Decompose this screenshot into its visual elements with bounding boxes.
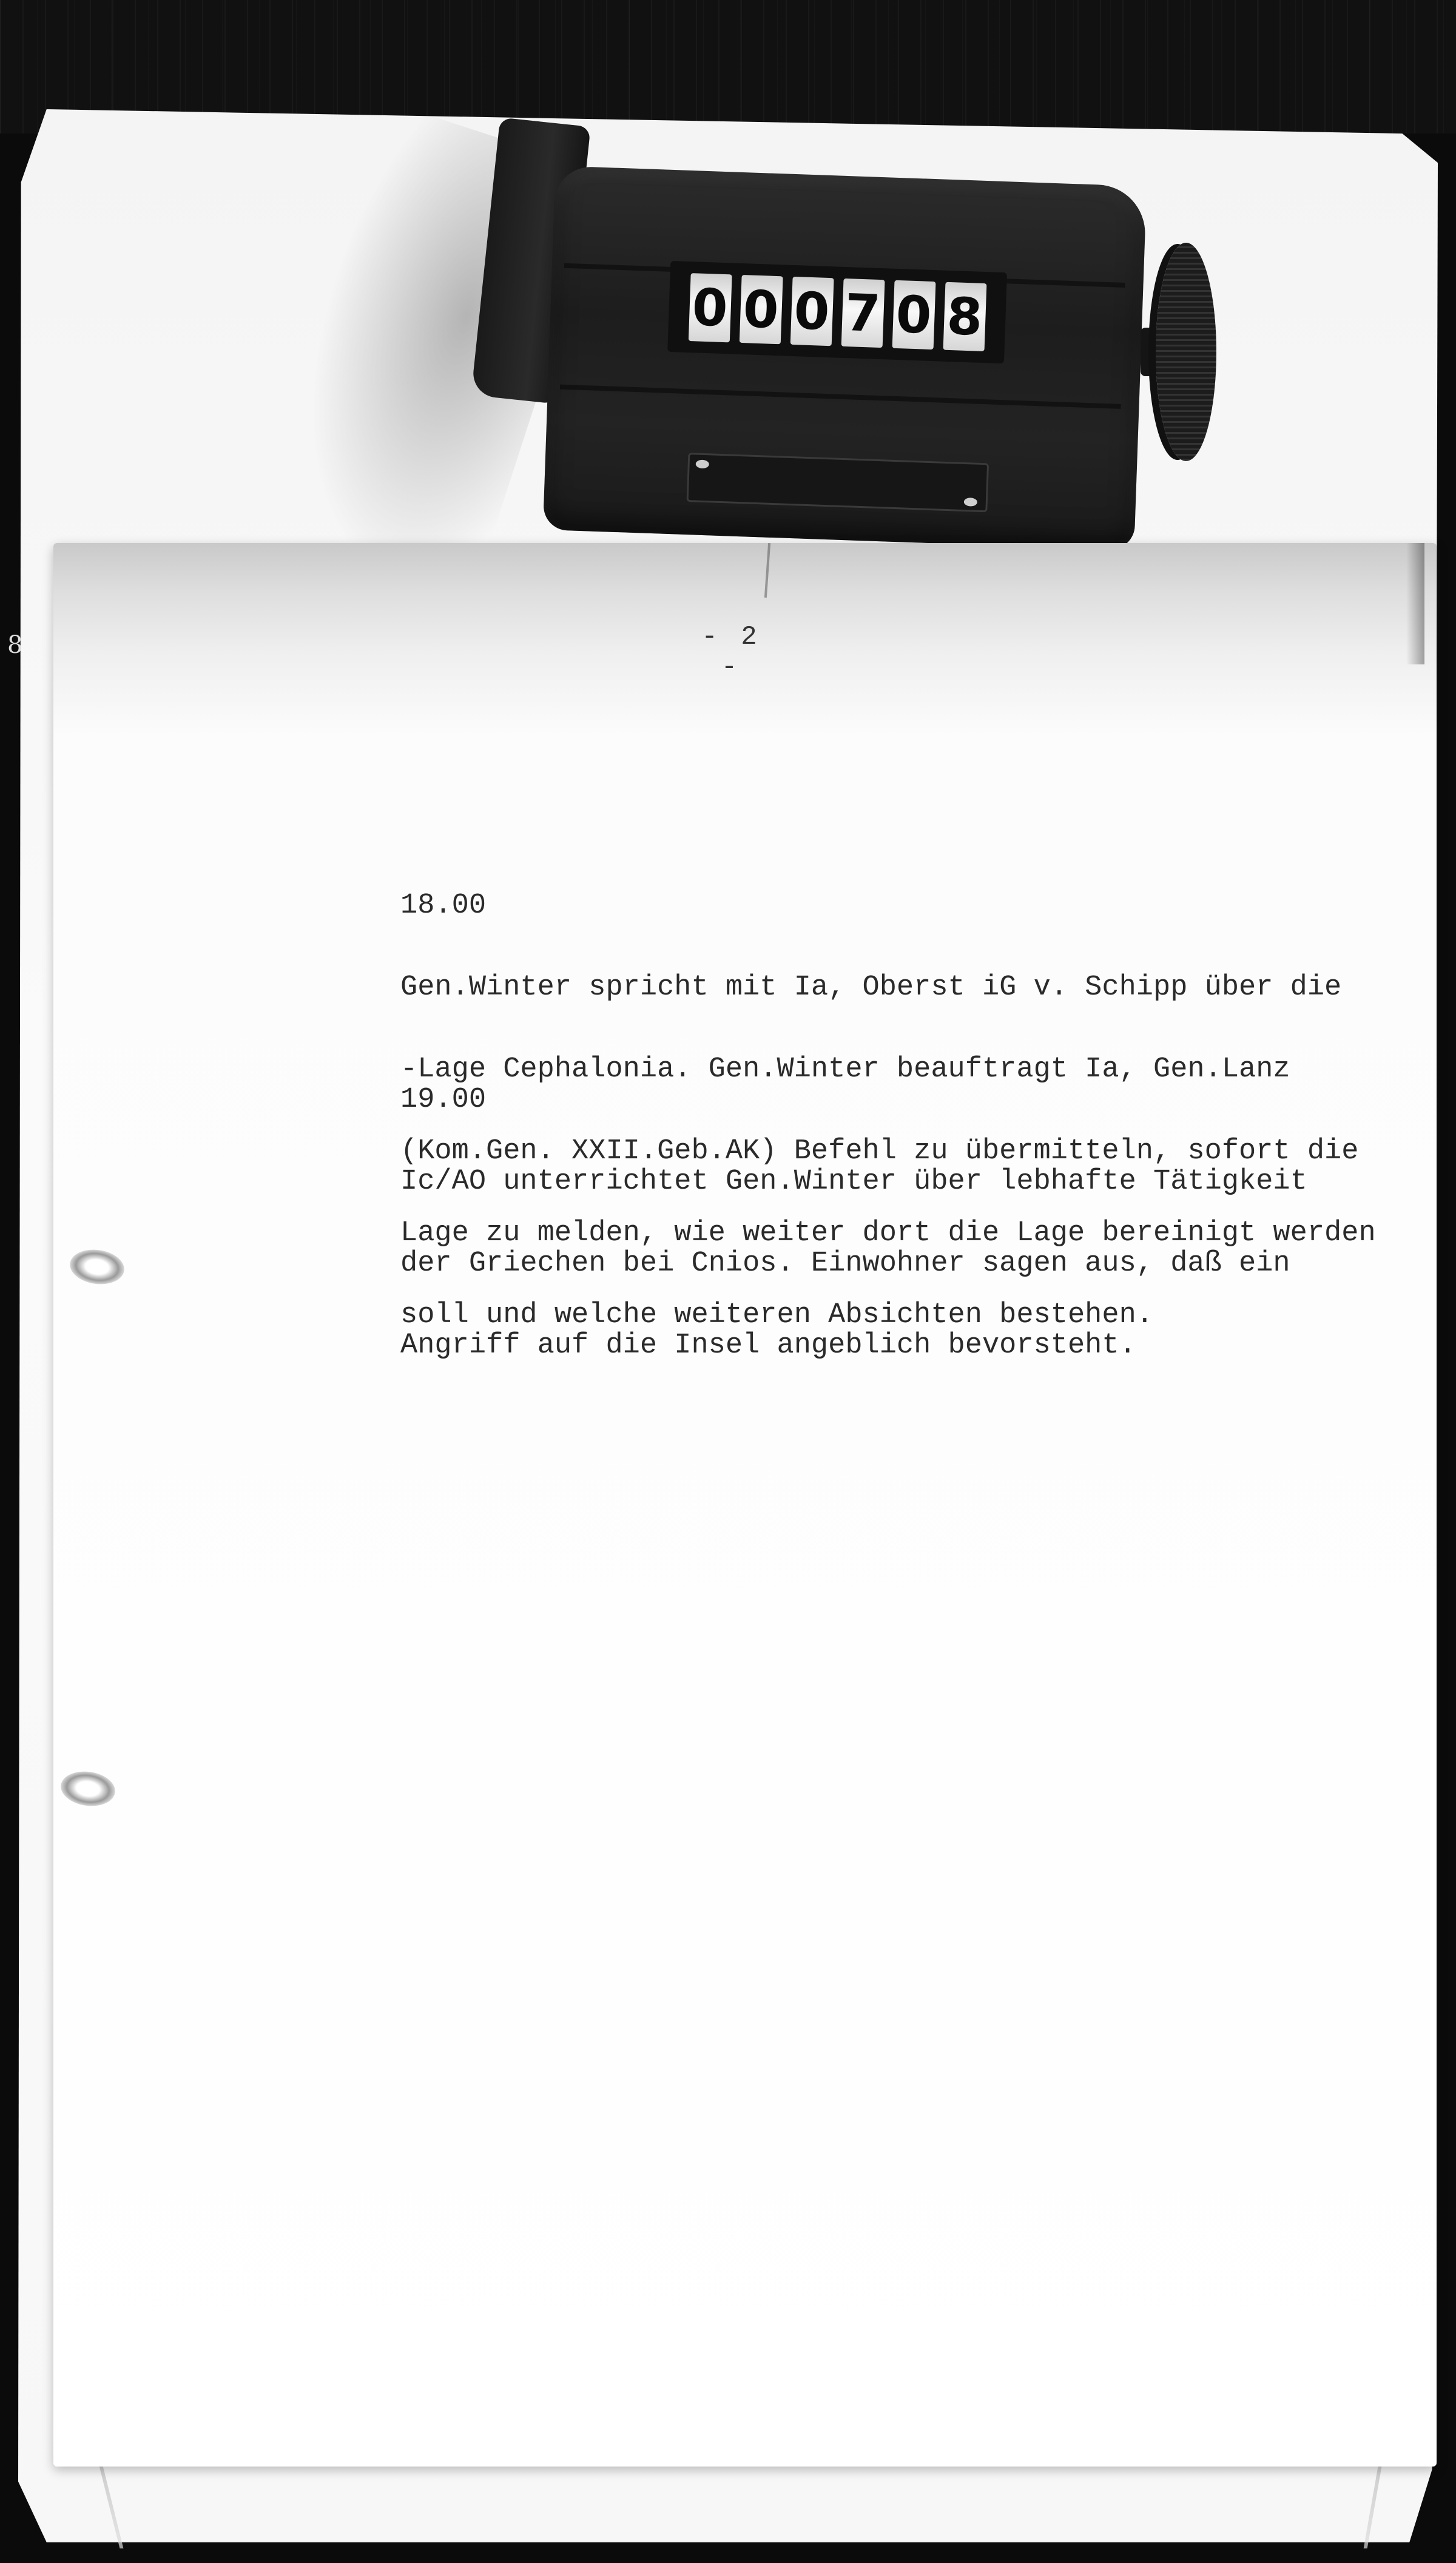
tally-counter: 0 0 0 7 0 8 <box>543 166 1147 550</box>
counter-ridge <box>560 385 1121 409</box>
counter-digit: 8 <box>943 282 986 351</box>
counter-digit: 0 <box>739 275 783 344</box>
counter-display: 0 0 0 7 0 8 <box>667 261 1007 363</box>
paper-curl <box>1406 543 1424 664</box>
counter-digit: 7 <box>841 279 885 348</box>
margin-mark: 8 <box>7 631 22 659</box>
paper-crease <box>764 543 770 598</box>
page-number: - 2 - <box>686 622 777 683</box>
entry-time: 19.00 <box>400 1086 1383 1113</box>
entry-line: Angriff auf die Insel angeblich bevorste… <box>400 1332 1383 1359</box>
counter-digit: 0 <box>892 280 935 349</box>
entry-line: Ic/AO unterrichtet Gen.Winter über lebha… <box>400 1168 1383 1195</box>
counter-digit: 0 <box>790 277 834 346</box>
counter-digit: 0 <box>688 273 732 342</box>
counter-reset-knob-icon <box>1156 243 1216 461</box>
entry-time: 18.00 <box>400 892 1383 919</box>
log-entry: 19.00 Ic/AO unterrichtet Gen.Winter über… <box>400 1032 1383 1386</box>
document-page <box>53 543 1437 2467</box>
counter-plate <box>687 453 989 512</box>
entry-line: Gen.Winter spricht mit Ia, Oberst iG v. … <box>400 974 1383 1001</box>
entry-line: der Griechen bei Cnios. Einwohner sagen … <box>400 1250 1383 1277</box>
